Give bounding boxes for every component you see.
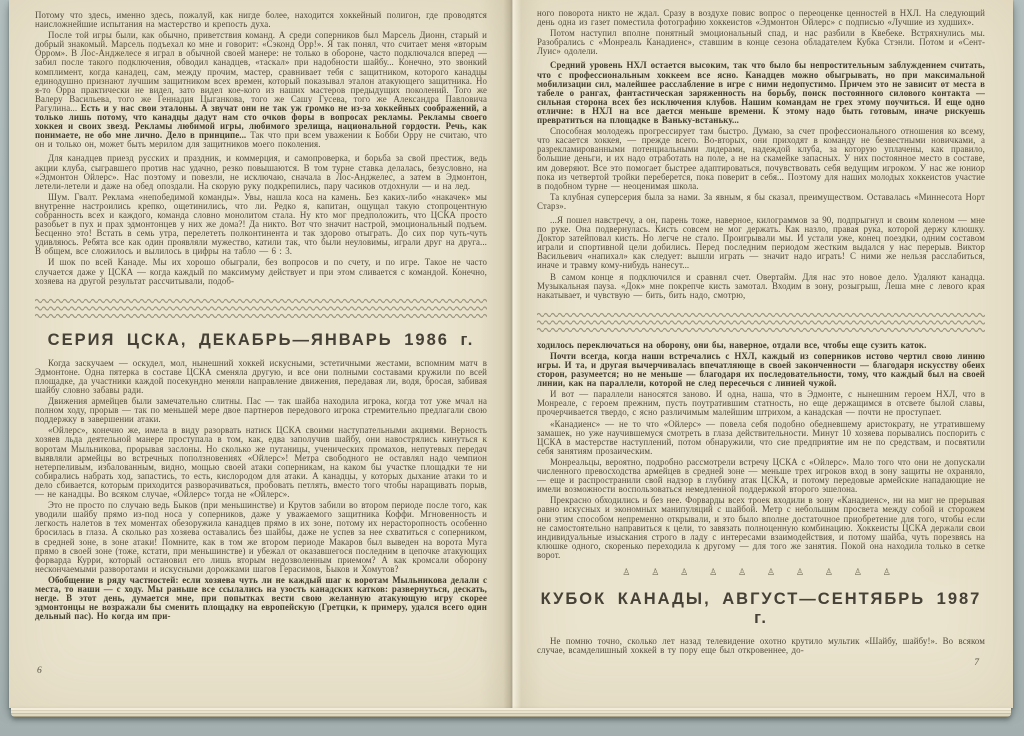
left-section-paragraphs: Когда заскучаем — оскудел, мол, нынешний… xyxy=(35,359,487,622)
paragraph: Это не просто по случаю ведь Быков (при … xyxy=(35,501,487,574)
paragraph: Средний уровень НХЛ остается высоким, та… xyxy=(537,61,985,125)
paragraph: Почти всегда, когда наши встречались с Н… xyxy=(537,352,985,388)
paragraph: Потом наступил вполне понятный эмоционал… xyxy=(537,29,985,56)
section-heading-left: СЕРИЯ ЦСКА, ДЕКАБРЬ—ЯНВАРЬ 1986 г. xyxy=(35,331,487,350)
paragraph: Когда заскучаем — оскудел, мол, нынешний… xyxy=(35,359,487,395)
wavy-divider xyxy=(35,296,487,319)
paragraph: ного поворота никто не ждал. Сразу в воз… xyxy=(537,9,985,27)
paragraph: ...Я пошел навстречу, а он, парень тоже,… xyxy=(537,216,985,271)
paragraph: ходилось переключаться на оборону, они б… xyxy=(537,341,985,350)
left-page: Потому что здесь, именно здесь, пожалуй,… xyxy=(9,0,511,708)
paragraph: «Канадиенс» — не то что «Ойлерс» — повел… xyxy=(537,420,985,456)
page-stack-edge xyxy=(11,708,1011,717)
right-page: ного поворота никто не ждал. Сразу в воз… xyxy=(511,0,1013,708)
paragraph: «Ойлерс», конечно же, имела в виду разор… xyxy=(35,426,487,499)
right-section-paragraphs: Не помню точно, сколько лет назад телеви… xyxy=(537,637,985,655)
paragraph: Обобщение в ряду частностей: если хозяев… xyxy=(35,576,487,621)
right-mid-paragraphs: ходилось переключаться на оборону, они б… xyxy=(537,341,985,560)
open-book: Потому что здесь, именно здесь, пожалуй,… xyxy=(9,0,1013,708)
right-top-paragraphs: ного поворота никто не ждал. Сразу в воз… xyxy=(537,9,985,300)
paragraph: Способная молодежь прогрессирует там быс… xyxy=(537,127,985,191)
paragraph: В самом конце я подключился и сравнял сч… xyxy=(537,273,985,300)
section-heading-right: КУБОК КАНАДЫ, АВГУСТ—СЕНТЯБРЬ 1987 г. xyxy=(537,590,985,628)
paragraph: Для канадцев приезд русских и праздник, … xyxy=(35,154,487,190)
paragraph: Монреальцы, вероятно, подробно рассмотре… xyxy=(537,458,985,494)
paragraph: После той игры были, как обычно, приветс… xyxy=(35,31,487,149)
paragraph: И шок по всей Канаде. Мы их хорошо обыгр… xyxy=(35,258,487,285)
left-top-paragraphs: Потому что здесь, именно здесь, пожалуй,… xyxy=(35,11,487,286)
ornament-row: ♙ ♙ ♙ ♙ ♙ ♙ ♙ ♙ ♙ ♙ xyxy=(537,568,985,578)
paragraph: Потому что здесь, именно здесь, пожалуй,… xyxy=(35,11,487,29)
wavy-divider xyxy=(537,310,985,333)
paragraph: Прекрасно обходились и без нее. Форварды… xyxy=(537,496,985,560)
page-number-right: 7 xyxy=(974,658,979,668)
page-number-left: 6 xyxy=(37,666,42,676)
paragraph: Шум. Гвалт. Реклама «непобедимой команды… xyxy=(35,193,487,257)
paragraph: Не помню точно, сколько лет назад телеви… xyxy=(537,637,985,655)
paragraph: И вот — параллели наносятся заново. И од… xyxy=(537,390,985,417)
paragraph: Движения армейцев были замечательно слит… xyxy=(35,397,487,424)
paragraph: Та клубная суперсерия была за нами. За я… xyxy=(537,193,985,211)
